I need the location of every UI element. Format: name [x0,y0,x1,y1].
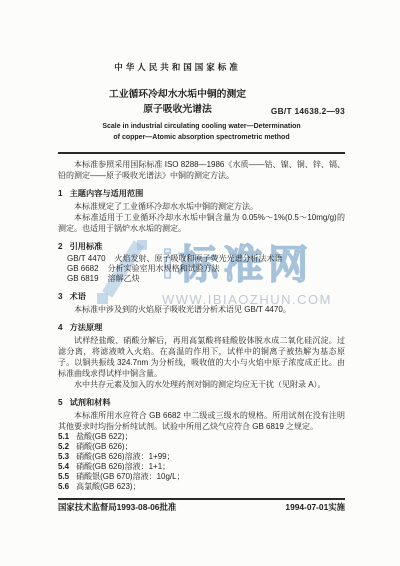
section-5-title: 试剂和材料 [70,398,111,407]
document-content: 中华人民共和国国家标准 工业循环冷却水水垢中铜的测定 原子吸收光谱法 GB/T … [0,0,400,512]
reagent-item-number: 5.1 [58,432,69,441]
section-1-title: 主题内容与适用范围 [70,189,144,198]
reagent-item-text: 硝酸(GB 626)； [76,442,132,451]
reagent-item-number: 5.6 [58,482,69,491]
english-title: Scale in industrial circulating cooling … [58,121,345,143]
section-1-number: 1 [58,189,63,198]
reference-line: GB 6682分析实验室用水规格和试验方法 [58,264,345,274]
foreword-paragraph: 本标准参照采用国际标准 ISO 8288—1986《水质——钴、镍、铜、锌、镉、… [58,159,345,181]
reference-title: 火焰发射、原子吸收和原子荧光光谱分析法术语 [115,254,283,263]
approval-info: 国家技术监督局1993-08-06批准 [58,502,176,512]
section-3-heading: 3术语 [58,292,345,302]
reagent-item-number: 5.4 [58,462,69,471]
reagent-item-number: 5.2 [58,442,69,451]
document-footer: 国家技术监督局1993-08-06批准 1994-07-01实施 [58,498,345,512]
reagent-item: 5.6高氯酸(GB 623)； [58,482,345,492]
national-standard-header: 中华人民共和国国家标准 [58,62,345,72]
reagent-item-number: 5.5 [58,472,69,481]
section-3-paragraph-1: 本标准中涉及到的火焰原子吸收光谱分析术语见 GB/T 4470。 [58,304,345,315]
section-5-number: 5 [58,398,63,407]
section-1-heading: 1主题内容与适用范围 [58,189,345,199]
reagent-item-text: 硝酸(GB 626)溶液：1+99； [76,452,174,461]
section-3-number: 3 [58,292,63,301]
section-4-heading: 4方法原理 [58,323,345,333]
reference-title: 溶解乙炔 [108,274,140,283]
reagent-item-text: 硝酸银(GB 670)溶液：10g/L； [76,472,184,481]
document-title-line1: 工业循环冷却水水垢中铜的测定 [58,88,345,101]
section-4-title: 方法原理 [70,323,103,332]
implementation-date: 1994-07-01实施 [285,502,345,512]
section-4-paragraph-1: 试样经盐酸、硝酸分解后，再用高氯酸将硅酸胶体脱水成二氧化硅沉淀。过滤分离，将滤液… [58,335,345,379]
reference-code: GB/T 4470 [67,254,106,263]
reagent-item: 5.1盐酸(GB 622)； [58,432,345,442]
section-4-paragraph-2: 水中共存元素及加入的水处理药剂对铜的测定均应无干扰（见附录 A）。 [58,379,345,390]
reference-code: GB 6819 [67,274,99,283]
english-title-line1: Scale in industrial circulating cooling … [58,121,345,132]
reagent-item: 5.3硝酸(GB 626)溶液：1+99； [58,452,345,462]
section-2-heading: 2引用标准 [58,242,345,252]
section-1-paragraph-1: 本标准规定了工业循环冷却水水垢中铜的测定方法。 [58,201,345,212]
reference-line: GB 6819溶解乙炔 [58,274,345,284]
section-3-title: 术语 [70,292,86,301]
reagent-item-text: 盐酸(GB 622)； [76,432,132,441]
reagent-item-number: 5.3 [58,452,69,461]
title-row: 原子吸收光谱法 GB/T 14638.2—93 [58,103,345,116]
section-2-number: 2 [58,242,63,251]
reference-title: 分析实验室用水规格和试验方法 [108,264,220,273]
english-title-line2: of copper—Atomic absorption spectrometri… [58,132,345,143]
reference-code: GB 6682 [67,264,99,273]
reference-line: GB/T 4470火焰发射、原子吸收和原子荧光光谱分析法术语 [58,254,345,264]
section-1-paragraph-2: 本标准适用于工业循环冷却水水垢中铜含量为 0.05%～1%(0.5～10mg/g… [58,212,345,234]
title-block: 工业循环冷却水水垢中铜的测定 原子吸收光谱法 GB/T 14638.2—93 S… [58,88,345,143]
reagent-item: 5.5硝酸银(GB 670)溶液：10g/L； [58,472,345,482]
reagent-item: 5.2硝酸(GB 626)； [58,442,345,452]
section-5-paragraph-1: 本标准所用水应符合 GB 6682 中二级或三级水的规格。所用试剂在没有注明其他… [58,410,345,432]
section-2-title: 引用标准 [70,242,103,251]
reagent-item-text: 硝酸(GB 626)溶液：1+1； [76,462,170,471]
reagent-item-text: 高氯酸(GB 623)； [76,482,140,491]
section-5-heading: 5试剂和材料 [58,398,345,408]
document-page: i标准网 WWW.IBIAOZHUN.COM 中华人民共和国国家标准 工业循环冷… [0,0,400,566]
header-divider [58,152,345,154]
standard-number: GB/T 14638.2—93 [271,106,345,116]
section-4-number: 4 [58,323,63,332]
reagent-item: 5.4硝酸(GB 626)溶液：1+1； [58,462,345,472]
